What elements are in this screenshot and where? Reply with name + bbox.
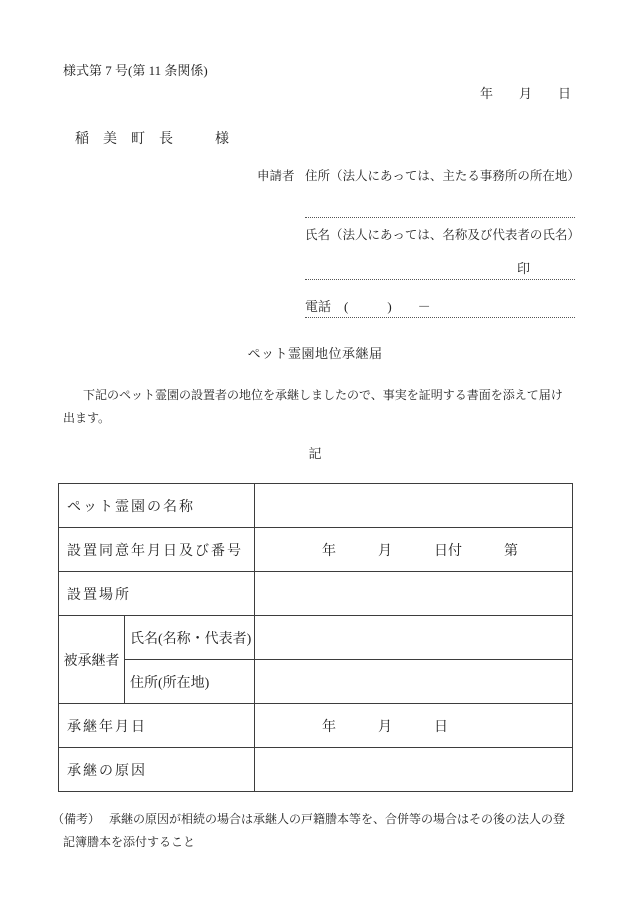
phone-fill-line: 電話 ( ) － <box>305 296 575 318</box>
table-row-predecessor-name: 被承継者 氏名(名称・代表者) <box>59 616 573 660</box>
seal-label: 印 <box>517 261 530 276</box>
document-title: ペット霊園地位承継届 <box>0 343 630 362</box>
table-row-succession-cause: 承継の原因 <box>59 748 573 792</box>
form-number: 様式第 7 号(第 11 条関係) <box>63 60 208 79</box>
ki-heading: 記 <box>0 443 630 462</box>
addressee-mayor: 稲 美 町 長 様 <box>75 128 229 148</box>
value-predecessor-name <box>255 616 573 660</box>
form-page: 様式第 7 号(第 11 条関係) 年 月 日 稲 美 町 長 様 申請者 住所… <box>0 0 630 903</box>
remarks-note: （備考） 承継の原因が相続の場合は承継人の戸籍謄本等を、合併等の場合はその後の法… <box>52 808 571 854</box>
address-fill-line <box>305 200 575 218</box>
applicant-address-label: 住所（法人にあっては、主たる事務所の所在地） <box>305 166 580 184</box>
label-consent-date: 設置同意年月日及び番号 <box>59 528 255 572</box>
label-succession-date: 承継年月日 <box>59 704 255 748</box>
label-predecessor-name: 氏名(名称・代表者) <box>125 616 255 660</box>
phone-label: 電話 ( ) － <box>305 299 431 314</box>
applicant-name-label: 氏名（法人にあっては、名称及び代表者の氏名） <box>305 225 580 243</box>
table-row-consent-date: 設置同意年月日及び番号 年 月 日付 第 号 <box>59 528 573 572</box>
table-row-predecessor-address: 住所(所在地) <box>59 660 573 704</box>
name-fill-line: 印 <box>305 258 575 280</box>
date-line: 年 月 日 <box>480 83 571 102</box>
label-location: 設置場所 <box>59 572 255 616</box>
value-predecessor-address <box>255 660 573 704</box>
value-succession-cause <box>255 748 573 792</box>
table-row-succession-date: 承継年月日 年 月 日 <box>59 704 573 748</box>
label-succession-cause: 承継の原因 <box>59 748 255 792</box>
value-cemetery-name <box>255 484 573 528</box>
table-row-cemetery-name: ペット霊園の名称 <box>59 484 573 528</box>
details-table: ペット霊園の名称 設置同意年月日及び番号 年 月 日付 第 号 設置場所 被承継… <box>58 483 573 792</box>
value-location <box>255 572 573 616</box>
label-predecessor-address: 住所(所在地) <box>125 660 255 704</box>
label-predecessor-group: 被承継者 <box>59 616 125 704</box>
label-cemetery-name: ペット霊園の名称 <box>59 484 255 528</box>
value-succession-date: 年 月 日 <box>255 704 573 748</box>
applicant-label: 申請者 <box>257 166 295 184</box>
body-paragraph: 下記のペット霊園の設置者の地位を承継しましたので、事実を証明する書面を添えて届け… <box>63 384 569 430</box>
value-consent-date: 年 月 日付 第 号 <box>255 528 573 572</box>
table-row-location: 設置場所 <box>59 572 573 616</box>
